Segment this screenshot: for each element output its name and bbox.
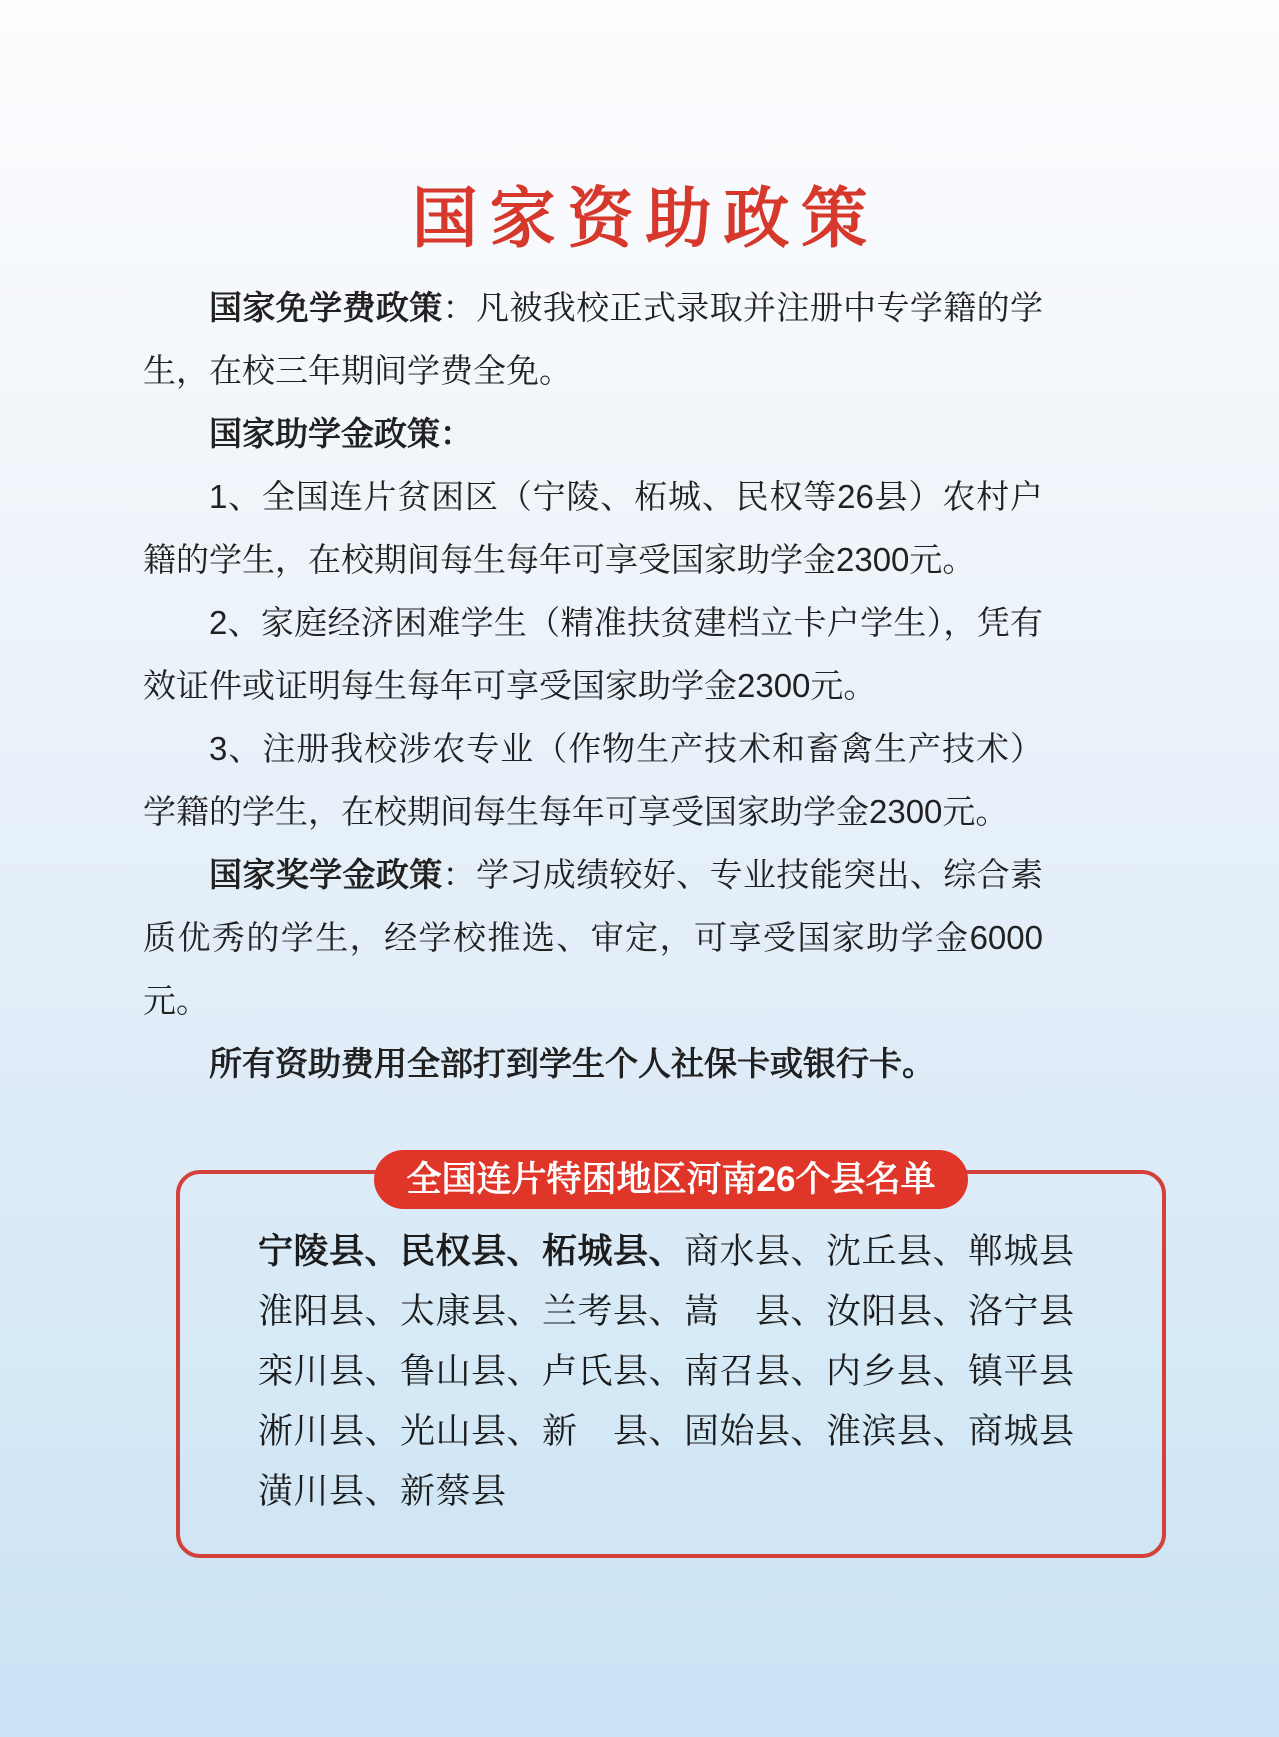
grant-item-3-text: 3、注册我校涉农专业（作物生产技术和畜禽生产技术）学籍的学生，在校期间每生每年可…	[143, 730, 1043, 830]
county-row-1-bold: 宁陵县、民权县、柘城县、	[258, 1232, 684, 1271]
policy-label-tuition-free: 国家免学费政策	[209, 289, 443, 326]
county-list-box: 全国连片特困地区河南26个县名单 宁陵县、民权县、柘城县、商水县、沈丘县、郸城县…	[176, 1170, 1166, 1558]
paragraph-grant-item-1: 1、全国连片贫困区（宁陵、柘城、民权等26县）农村户籍的学生，在校期间每生每年可…	[143, 465, 1043, 591]
county-row-1-regular: 商水县、沈丘县、郸城县	[684, 1232, 1075, 1271]
county-list-badge: 全国连片特困地区河南26个县名单	[374, 1150, 968, 1209]
county-row-4: 淅川县、光山县、新 县、固始县、淮滨县、商城县	[258, 1402, 1162, 1462]
county-row-5: 潢川县、新蔡县	[258, 1462, 1162, 1522]
poster-page: 国家资助政策 国家免学费政策：凡被我校正式录取并注册中专学籍的学生，在校三年期间…	[0, 0, 1279, 1737]
policy-text-block: 国家免学费政策：凡被我校正式录取并注册中专学籍的学生，在校三年期间学费全免。 国…	[143, 276, 1043, 1095]
county-row-1: 宁陵县、民权县、柘城县、商水县、沈丘县、郸城县	[258, 1222, 1162, 1282]
county-row-4-text: 淅川县、光山县、新 县、固始县、淮滨县、商城县	[258, 1412, 1075, 1451]
page-title: 国家资助政策	[0, 182, 1279, 254]
county-rows: 宁陵县、民权县、柘城县、商水县、沈丘县、郸城县 淮阳县、太康县、兰考县、嵩 县、…	[180, 1174, 1162, 1522]
paragraph-grant-heading: 国家助学金政策：	[143, 402, 1043, 465]
policy-label-grant: 国家助学金政策：	[209, 415, 473, 452]
paragraph-tuition-free: 国家免学费政策：凡被我校正式录取并注册中专学籍的学生，在校三年期间学费全免。	[143, 276, 1043, 402]
county-row-3: 栾川县、鲁山县、卢氏县、南召县、内乡县、镇平县	[258, 1342, 1162, 1402]
county-row-2: 淮阳县、太康县、兰考县、嵩 县、汝阳县、洛宁县	[258, 1282, 1162, 1342]
policy-label-scholarship: 国家奖学金政策	[209, 856, 443, 893]
grant-item-1-text: 1、全国连片贫困区（宁陵、柘城、民权等26县）农村户籍的学生，在校期间每生每年可…	[143, 478, 1043, 578]
grant-item-2-text: 2、家庭经济困难学生（精准扶贫建档立卡户学生），凭有效证件或证明每生每年可享受国…	[143, 604, 1043, 704]
county-row-3-text: 栾川县、鲁山县、卢氏县、南召县、内乡县、镇平县	[258, 1352, 1075, 1391]
payment-note-text: 所有资助费用全部打到学生个人社保卡或银行卡。	[209, 1045, 935, 1082]
paragraph-payment-note: 所有资助费用全部打到学生个人社保卡或银行卡。	[143, 1032, 1043, 1095]
county-row-5-text: 潢川县、新蔡县	[258, 1472, 507, 1511]
paragraph-grant-item-2: 2、家庭经济困难学生（精准扶贫建档立卡户学生），凭有效证件或证明每生每年可享受国…	[143, 591, 1043, 717]
county-row-2-text: 淮阳县、太康县、兰考县、嵩 县、汝阳县、洛宁县	[258, 1292, 1075, 1331]
paragraph-scholarship: 国家奖学金政策：学习成绩较好、专业技能突出、综合素质优秀的学生，经学校推选、审定…	[143, 843, 1043, 1032]
paragraph-grant-item-3: 3、注册我校涉农专业（作物生产技术和畜禽生产技术）学籍的学生，在校期间每生每年可…	[143, 717, 1043, 843]
